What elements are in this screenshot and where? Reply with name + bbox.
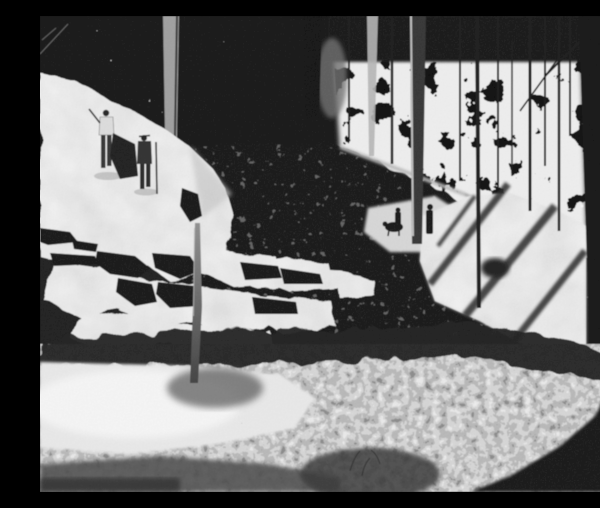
photograph: Black-and-white photograph of a road cut… (40, 16, 600, 492)
photo-canvas (40, 16, 600, 492)
film-grain (40, 16, 600, 492)
